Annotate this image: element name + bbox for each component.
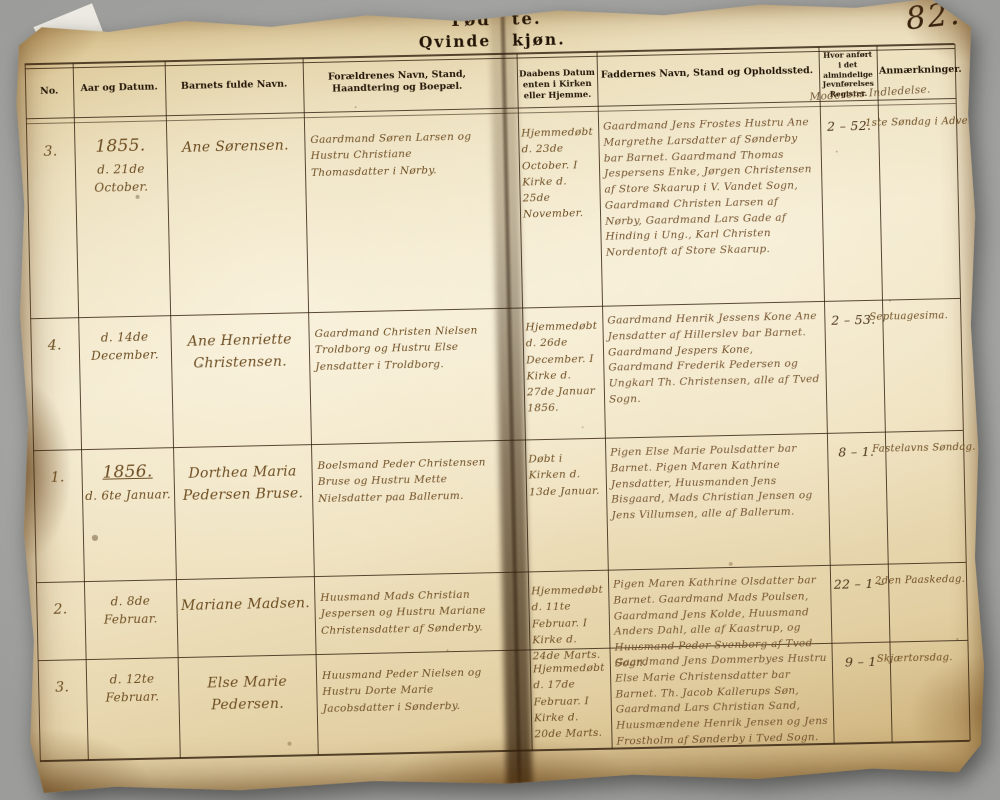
baptism-date: Hjemmedøbt d. 17de Februar. I Kirke d. 2… [533,648,607,743]
column-header-date: Aar og Datum. [73,81,165,95]
child-full-name: Ane Henriette Christensen. [170,312,309,376]
remarks-entry: 1ste Søndag i Advent. [865,104,971,129]
year-heading: 1855. [74,133,167,161]
child-full-name: Ane Sørensen. [166,118,305,159]
title-left-part2: Qvinde [419,31,492,52]
parents-info: Boelsmand Peder Christensen Bruse og Hus… [317,440,496,507]
title-right-part: te. [512,9,542,29]
table-row: 3. 1855. d. 21de October. Ane Sørensen. … [15,104,977,319]
table-row: 4. d. 14de December. Ane Henriette Chris… [19,298,980,451]
row-number: 3. [38,659,87,696]
godparents-info: Gaardmand Henrik Jessens Kone Ane Jensda… [607,301,821,408]
parents-info: Gaardmand Søren Larsen og Hustru Christi… [310,114,489,181]
row-number: 2. [36,581,85,618]
birth-date: d. 21de October. [75,159,168,197]
baptism-date: Hjemmedøbt d. 26de December. I Kirke d. … [525,306,599,417]
baptism-date: Døbt i Kirken d. 13de Januar. [528,438,601,500]
birth-date: d. 6te Januar. [82,485,174,505]
column-header-godparents: Faddernes Navn, Stand og Opholdssted. [599,65,815,82]
column-header-baptism: Daabens Datum enten i Kirken eller Hjemm… [519,68,596,103]
remarks-entry: 2den Paaskedag. [875,562,981,587]
remarks-entry: Fastelavns Søndag. [872,430,978,455]
remarks-entry: Septuagesima. [869,298,975,323]
parents-info: Huusmand Peder Nielsen og Hustru Dorte M… [322,650,501,717]
table-body: 3. 1855. d. 21de October. Ane Sørensen. … [15,104,987,761]
column-header-parents: Forældrenes Navn, Stand, Haandtering og … [306,68,488,97]
birth-date-cell: d. 12te Februar. [86,657,179,707]
birth-date-cell: d. 8de Februar. [84,579,177,629]
column-header-remarks: Anmærkninger. [879,64,953,78]
column-header-no: No. [25,85,73,98]
birth-date: d. 14de December. [78,327,171,365]
table-row: 1. 1856. d. 6te Januar. Dorthea Maria Pe… [22,430,983,583]
year-heading: 1856. [81,459,174,487]
paper-speckles [13,18,15,20]
page-number: 82. [904,0,963,37]
row-number: 3. [26,123,75,160]
title-left-part: Fød [451,10,491,30]
godparents-info: Gaardmand Jens Dommerbyes Hustru Else Ma… [614,643,828,750]
birth-date: d. 12te Februar. [86,669,179,707]
title-right-part2: kjøn. [512,29,566,49]
birth-date-cell: 1855. d. 21de October. [74,121,168,196]
birth-date: d. 8de Februar. [84,591,177,629]
child-full-name: Dorthea Maria Pedersen Bruse. [173,444,312,508]
row-number: 4. [30,317,79,354]
birth-date-cell: d. 14de December. [78,315,171,365]
remarks-entry: Skjærtorsdag. [876,640,982,665]
baptism-date: Hjemmedøbt d. 23de October. I Kirke d. 2… [521,112,595,223]
parents-info: Huusmand Mads Christian Jespersen og Hus… [320,572,499,639]
child-full-name: Mariane Madsen. [176,576,315,617]
birth-date-cell: 1856. d. 6te Januar. [81,447,174,504]
child-full-name: Else Marie Pedersen. [178,654,317,718]
godparents-info: Pigen Else Marie Poulsdatter bar Barnet.… [610,433,824,524]
scan-background: Fød te. Qvinde kjøn. 82. [0,0,1000,800]
parents-info: Gaardmand Christen Nielsen Troldborg og … [314,308,493,375]
godparents-info: Gaardmand Jens Frostes Hustru Ane Margre… [603,107,818,261]
row-number: 1. [33,449,82,486]
table-row: 3. d. 12te Februar. Else Marie Pedersen.… [27,639,987,760]
parish-register-spread: Fød te. Qvinde kjøn. 82. [13,0,988,796]
paper-sheet: Fød te. Qvinde kjøn. 82. [13,0,988,796]
column-header-name: Barnets fulde Navn. [165,78,303,93]
